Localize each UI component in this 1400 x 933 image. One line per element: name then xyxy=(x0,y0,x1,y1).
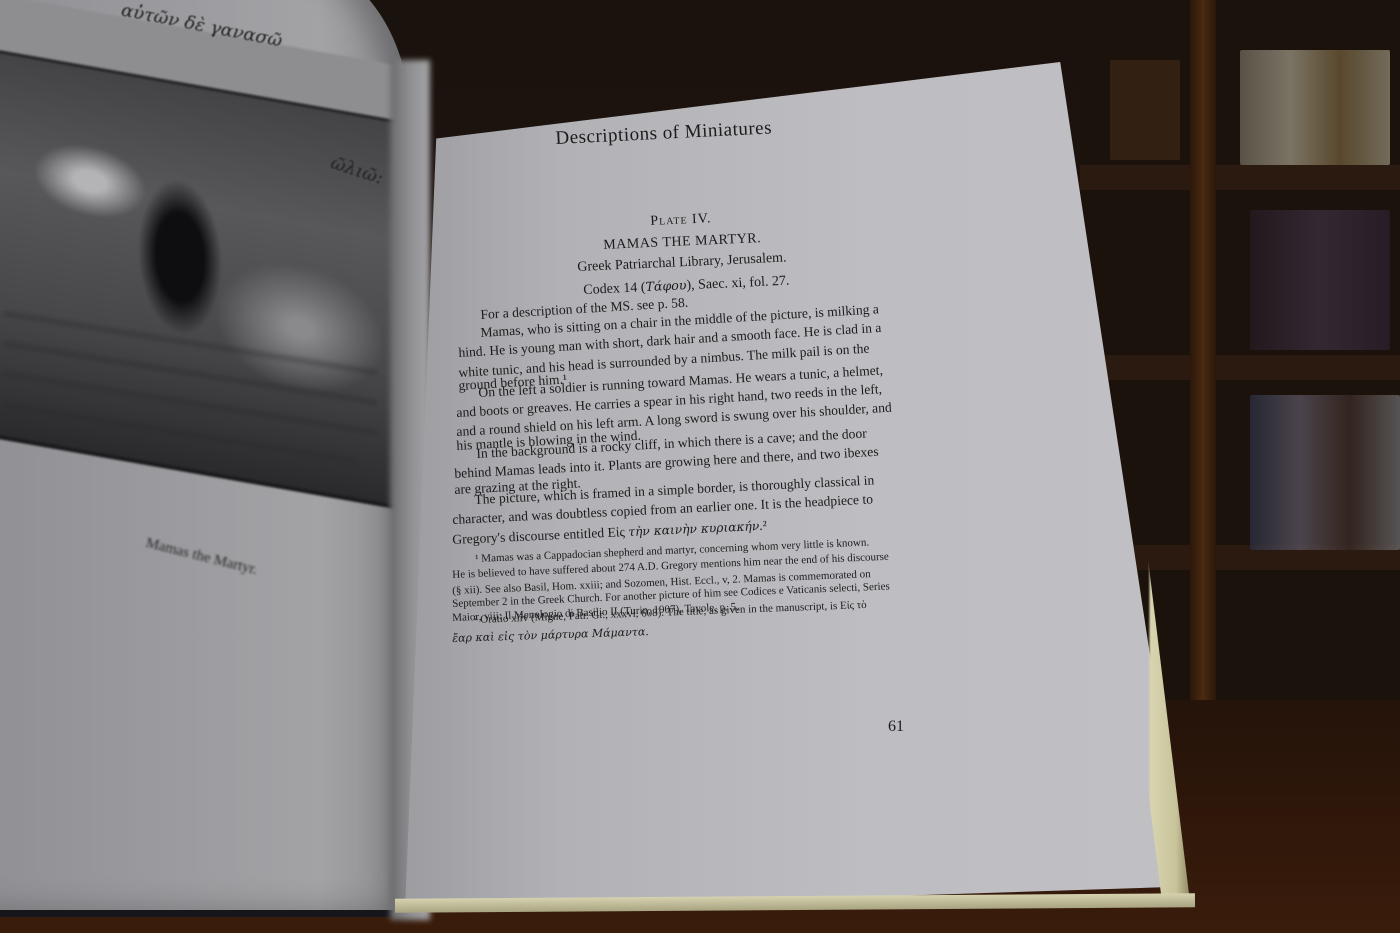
footnote-ref: .² xyxy=(759,518,767,533)
greek-title: τὴν καινὴν κυριακήν xyxy=(628,519,760,539)
codex-prefix: Codex 14 ( xyxy=(583,280,646,298)
plate-label: Plate IV. xyxy=(650,211,712,230)
footnote-greek-line: ἔαρ καὶ εἰς τὸν μάρτυρα Μάμαντα. xyxy=(452,625,649,645)
running-title: Descriptions of Miniatures xyxy=(555,117,773,150)
codex-greek: Τάφου xyxy=(645,277,687,294)
library-line: Greek Patriarchal Library, Jerusalem. xyxy=(577,251,787,276)
page-number: 61 xyxy=(888,718,904,736)
plate-title: MAMAS THE MARTYR. xyxy=(603,231,761,254)
body-text: Gregory's discourse entitled Εἰς xyxy=(452,524,629,547)
right-page-text: Descriptions of Miniatures Plate IV. MAM… xyxy=(0,0,1400,933)
codex-suffix: ), Saec. xi, fol. 27. xyxy=(686,274,790,294)
